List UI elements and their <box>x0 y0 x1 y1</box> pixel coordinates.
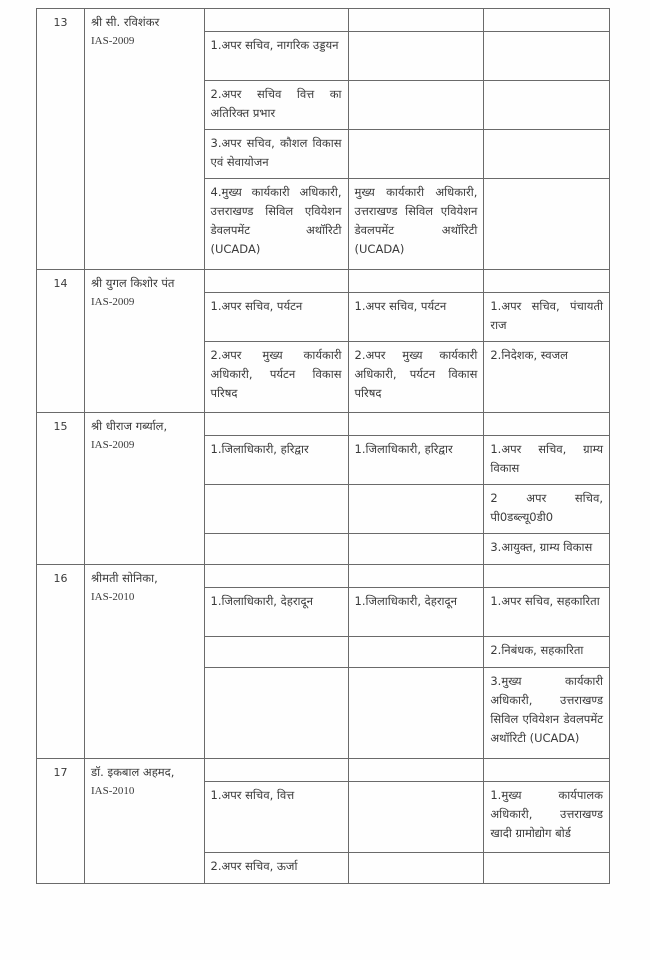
empty-cell <box>348 565 484 588</box>
serial-number: 15 <box>37 413 85 565</box>
new-post: 2.निबंधक, सहकारिता <box>490 641 603 660</box>
officer-batch: IAS-2010 <box>91 782 198 801</box>
current-post: 4.मुख्य कार्यकारी अधिकारी, उत्तराखण्ड सि… <box>211 183 342 259</box>
current-post: 1.अपर सचिव, पर्यटन <box>211 297 342 316</box>
empty-cell <box>204 9 348 32</box>
officer-name: श्रीमती सोनिका, <box>91 569 198 588</box>
new-post: 3.आयुक्त, ग्राम्य विकास <box>490 538 603 557</box>
current-post: 2.अपर मुख्य कार्यकारी अधिकारी, पर्यटन वि… <box>211 346 342 403</box>
officer-name: श्री युगल किशोर पंत <box>91 274 198 293</box>
empty-cell <box>348 413 484 436</box>
document-page: 13 श्री सी. रविशंकर IAS-2009 1.अपर सचिव,… <box>0 0 650 960</box>
serial-number: 13 <box>37 9 85 270</box>
new-post: 2 अपर सचिव, पी0डब्ल्यू0डी0 <box>490 489 603 527</box>
serial-number: 16 <box>37 565 85 759</box>
previous-post: मुख्य कार्यकारी अधिकारी, उत्तराखण्ड सिवि… <box>355 183 478 259</box>
previous-post: 1.अपर सचिव, पर्यटन <box>355 297 478 316</box>
empty-cell <box>348 9 484 32</box>
empty-cell <box>348 759 484 782</box>
new-post: 3.मुख्य कार्यकारी अधिकारी, उत्तराखण्ड सि… <box>490 672 603 748</box>
officer-name: श्री धीराज गर्ब्याल, <box>91 417 198 436</box>
empty-cell <box>204 565 348 588</box>
current-post: 1.जिलाधिकारी, हरिद्वार <box>211 440 342 459</box>
new-post: 1.अपर सचिव, ग्राम्य विकास <box>490 440 603 478</box>
posting-table: 13 श्री सी. रविशंकर IAS-2009 1.अपर सचिव,… <box>36 8 610 884</box>
officer-name-cell: श्री युगल किशोर पंत IAS-2009 <box>85 270 205 413</box>
previous-post: 1.जिलाधिकारी, देहरादून <box>355 592 478 611</box>
empty-cell <box>204 759 348 782</box>
officer-name-cell: डॉ. इकबाल अहमद, IAS-2010 <box>85 759 205 884</box>
current-post: 1.जिलाधिकारी, देहरादून <box>211 592 342 611</box>
officer-batch: IAS-2009 <box>91 436 198 455</box>
empty-cell <box>484 413 610 436</box>
serial-number: 17 <box>37 759 85 884</box>
serial-number: 14 <box>37 270 85 413</box>
officer-batch: IAS-2009 <box>91 32 198 51</box>
empty-cell <box>348 270 484 293</box>
empty-cell <box>484 9 610 32</box>
officer-batch: IAS-2009 <box>91 293 198 312</box>
previous-post: 2.अपर मुख्य कार्यकारी अधिकारी, पर्यटन वि… <box>355 346 478 403</box>
new-post: 1.अपर सचिव, सहकारिता <box>490 592 603 611</box>
empty-cell <box>484 759 610 782</box>
new-post: 1.मुख्य कार्यपालक अधिकारी, उत्तराखण्ड खा… <box>490 786 603 843</box>
current-post: 1.अपर सचिव, नागरिक उड्डयन <box>211 36 342 55</box>
new-post: 2.निदेशक, स्वजल <box>490 346 603 365</box>
officer-name: डॉ. इकबाल अहमद, <box>91 763 198 782</box>
officer-name-cell: श्री धीराज गर्ब्याल, IAS-2009 <box>85 413 205 565</box>
current-post: 2.अपर सचिव, ऊर्जा <box>211 857 342 876</box>
officer-name: श्री सी. रविशंकर <box>91 13 198 32</box>
empty-cell <box>484 270 610 293</box>
officer-name-cell: श्री सी. रविशंकर IAS-2009 <box>85 9 205 270</box>
empty-cell <box>204 413 348 436</box>
new-post: 1.अपर सचिव, पंचायती राज <box>490 297 603 335</box>
current-post: 1.अपर सचिव, वित्त <box>211 786 342 805</box>
officer-name-cell: श्रीमती सोनिका, IAS-2010 <box>85 565 205 759</box>
empty-cell <box>204 270 348 293</box>
officer-batch: IAS-2010 <box>91 588 198 607</box>
current-post: 3.अपर सचिव, कौशल विकास एवं सेवायोजन <box>211 134 342 172</box>
previous-post: 1.जिलाधिकारी, हरिद्वार <box>355 440 478 459</box>
current-post: 2.अपर सचिव वित्त का अतिरिक्त प्रभार <box>211 85 342 123</box>
empty-cell <box>484 565 610 588</box>
